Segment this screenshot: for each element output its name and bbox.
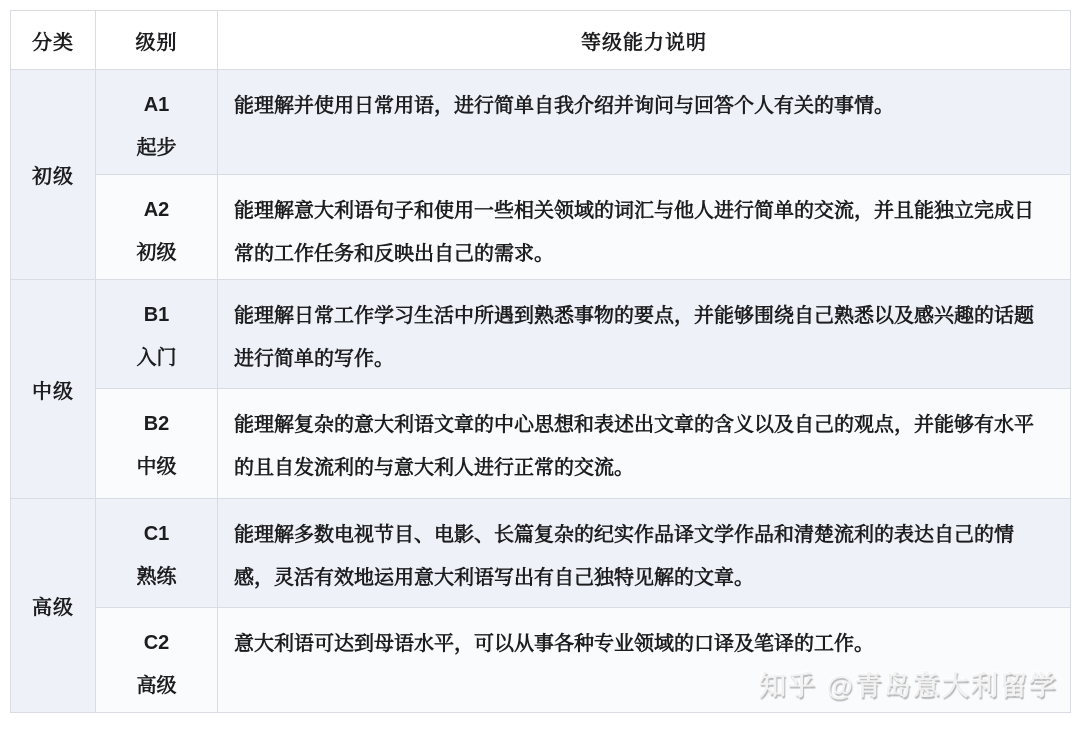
table-row-a2: A2 初级 能理解意大利语句子和使用一些相关领域的词汇与他人进行简单的交流，并且… [11,175,1071,280]
level-cell-a2: A2 初级 [96,175,218,280]
col-header-category: 分类 [11,11,96,70]
level-name: 入门 [97,337,216,380]
level-name: 高级 [97,665,216,708]
level-code: B1 [97,294,216,337]
table-row-b1: 中级 B1 入门 能理解日常工作学习生活中所遇到熟悉事物的要点，并能够围绕自己熟… [11,280,1071,389]
level-code: C2 [97,622,216,665]
level-name: 初级 [97,232,216,275]
level-cell-b2: B2 中级 [96,389,218,499]
level-name: 起步 [97,127,216,170]
level-cell-c1: C1 熟练 [96,499,218,608]
table-row-b2: B2 中级 能理解复杂的意大利语文章的中心思想和表述出文章的含义以及自己的观点，… [11,389,1071,499]
level-cell-a1: A1 起步 [96,70,218,175]
level-name: 中级 [97,446,216,489]
level-code: B2 [97,403,216,446]
category-cell-intermediate: 中级 [11,280,96,499]
description-cell-c1: 能理解多数电视节目、电影、长篇复杂的纪实作品译文学作品和清楚流利的表达自己的情感… [218,499,1071,608]
description-cell-a1: 能理解并使用日常用语，进行简单自我介绍并询问与回答个人有关的事情。 [218,70,1071,175]
italian-level-table: 分类 级别 等级能力说明 初级 A1 起步 能理解并使用日常用语，进行简单自我介… [10,10,1071,713]
zhihu-watermark: 知乎 @青岛意大利留学 [759,664,1058,703]
description-cell-b1: 能理解日常工作学习生活中所遇到熟悉事物的要点，并能够围绕自己熟悉以及感兴趣的话题… [218,280,1071,389]
header-row: 分类 级别 等级能力说明 [11,11,1071,70]
col-header-level: 级别 [96,11,218,70]
level-cell-c2: C2 高级 [96,608,218,713]
level-name: 熟练 [97,556,216,599]
level-code: C1 [97,513,216,556]
screenshot-canvas: 分类 级别 等级能力说明 初级 A1 起步 能理解并使用日常用语，进行简单自我介… [0,0,1080,729]
table-row-a1: 初级 A1 起步 能理解并使用日常用语，进行简单自我介绍并询问与回答个人有关的事… [11,70,1071,175]
category-cell-beginner: 初级 [11,70,96,280]
col-header-description: 等级能力说明 [218,11,1071,70]
category-cell-advanced: 高级 [11,499,96,713]
level-code: A1 [97,84,216,127]
level-code: A2 [97,189,216,232]
description-cell-b2: 能理解复杂的意大利语文章的中心思想和表述出文章的含义以及自己的观点，并能够有水平… [218,389,1071,499]
table-row-c1: 高级 C1 熟练 能理解多数电视节目、电影、长篇复杂的纪实作品译文学作品和清楚流… [11,499,1071,608]
level-cell-b1: B1 入门 [96,280,218,389]
description-cell-a2: 能理解意大利语句子和使用一些相关领域的词汇与他人进行简单的交流，并且能独立完成日… [218,175,1071,280]
